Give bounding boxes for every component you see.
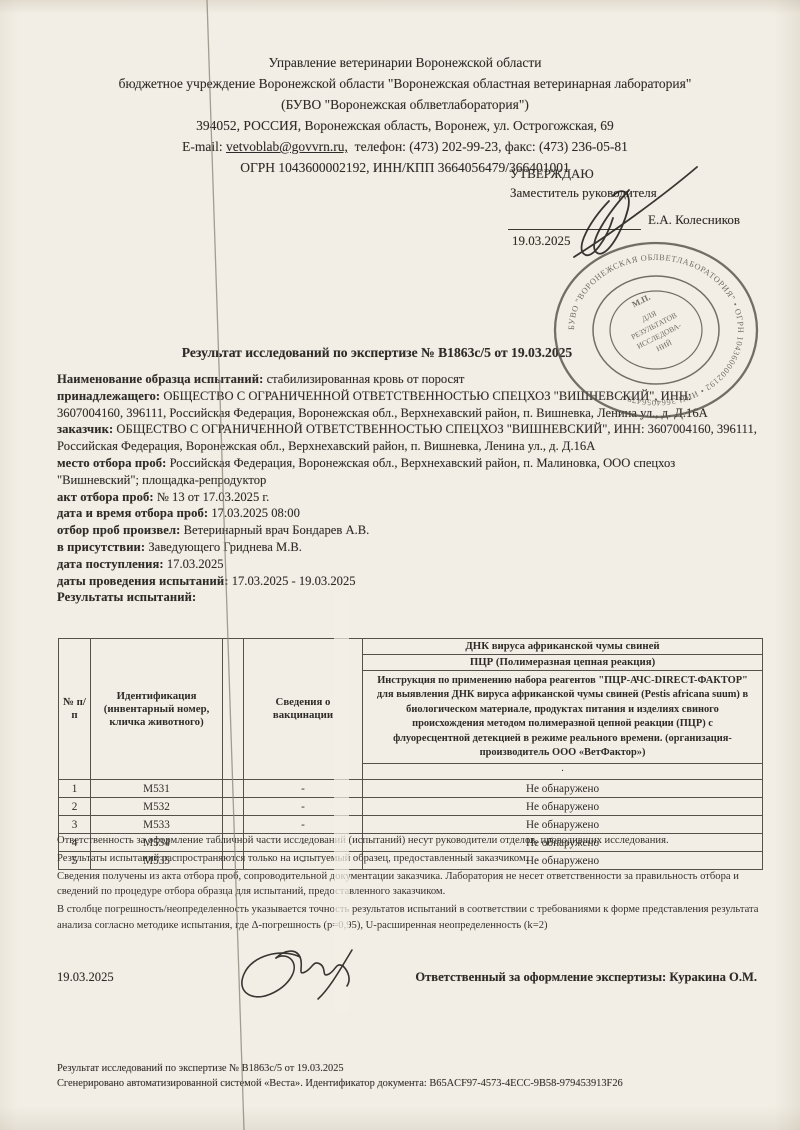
cell-num: 2	[59, 798, 91, 816]
email-label: E-mail:	[182, 139, 223, 154]
cell-vaccination: -	[244, 816, 363, 834]
responsible-signature	[242, 950, 352, 999]
approver-position: Заместитель руководителя	[510, 183, 657, 202]
detail-label: заказчик:	[57, 422, 113, 436]
cell-spacer	[223, 798, 244, 816]
detail-test-dates: даты проведения испытаний: 17.03.2025 - …	[57, 573, 757, 590]
letterhead: Управление ветеринарии Воронежской облас…	[35, 52, 775, 178]
stamp-mp: М.П.	[630, 292, 652, 310]
cell-vaccination: -	[244, 780, 363, 798]
cell-result: Не обнаружено	[363, 816, 763, 834]
footnote: Результаты испытаний распространяются то…	[57, 851, 761, 866]
document-footer: Результат исследований по экспертизе № В…	[57, 1061, 623, 1091]
col-header-submark: ·	[363, 764, 763, 780]
detail-value: 17.03.2025 08:00	[211, 506, 300, 520]
approval-block: УТВЕРЖДАЮ Заместитель руководителя	[510, 164, 657, 202]
cell-id: М532	[91, 798, 223, 816]
footnote: Сведения получены из акта отбора проб, с…	[57, 869, 761, 900]
cell-id: М533	[91, 816, 223, 834]
approve-word: УТВЕРЖДАЮ	[510, 164, 657, 183]
signoff-date: 19.03.2025	[57, 970, 114, 985]
detail-label: принадлежащего:	[57, 389, 160, 403]
detail-label: дата поступления:	[57, 557, 164, 571]
col-header-num: № п/п	[59, 639, 91, 780]
cell-vaccination: -	[244, 798, 363, 816]
table-row: 2 М532 - Не обнаружено	[59, 798, 763, 816]
scanned-lab-report-page: Управление ветеринарии Воронежской облас…	[0, 0, 800, 1130]
detail-value: № 13 от 17.03.2025 г.	[157, 490, 269, 504]
table-row: 3 М533 - Не обнаружено	[59, 816, 763, 834]
detail-value: стабилизированная кровь от поросят	[267, 372, 465, 386]
footnote: Ответственность за оформление табличной …	[57, 833, 761, 848]
detail-results-heading: Результаты испытаний:	[57, 589, 757, 606]
org-name-line3: (БУВО "Воронежская облветлаборатория")	[35, 94, 775, 115]
detail-label: в присутствии:	[57, 540, 145, 554]
detail-label: даты проведения испытаний:	[57, 574, 229, 588]
col-header-method-instruction: Инструкция по применению набора реагенто…	[363, 671, 763, 764]
cell-num: 3	[59, 816, 91, 834]
detail-witness: в присутствии: Заведующего Гриднева М.В.	[57, 539, 757, 556]
detail-received-date: дата поступления: 17.03.2025	[57, 556, 757, 573]
stamp-inner-ring	[610, 291, 702, 369]
stamp-outer-ring	[555, 243, 757, 417]
footnotes: Ответственность за оформление табличной …	[57, 833, 761, 935]
cell-result: Не обнаружено	[363, 780, 763, 798]
table-row: 1 М531 - Не обнаружено	[59, 780, 763, 798]
cell-result: Не обнаружено	[363, 798, 763, 816]
detail-label: дата и время отбора проб:	[57, 506, 208, 520]
org-name-line1: Управление ветеринарии Воронежской облас…	[35, 52, 775, 73]
col-header-spacer	[223, 639, 244, 780]
detail-value: Заведующего Гриднева М.В.	[148, 540, 302, 554]
col-header-identification: Идентификация (инвентарный номер, кличка…	[91, 639, 223, 780]
col-header-vaccination: Сведения о вакцинации	[244, 639, 363, 780]
col-header-target: ДНК вируса африканской чумы свиней	[363, 639, 763, 655]
detail-label: акт отбора проб:	[57, 490, 154, 504]
signature-rule	[508, 229, 641, 230]
table-header-row: № п/п Идентификация (инвентарный номер, …	[59, 639, 763, 655]
approver-name: Е.А. Колесников	[648, 212, 740, 228]
footnote: В столбце погрешность/неопределенность у…	[57, 902, 761, 933]
detail-sampling-place: место отбора проб: Российская Федерация,…	[57, 455, 757, 489]
detail-value: 17.03.2025 - 19.03.2025	[232, 574, 356, 588]
stamp-middle-ring	[593, 276, 719, 384]
col-header-method: ПЦР (Полимеразная цепная реакция)	[363, 655, 763, 671]
cell-spacer	[223, 816, 244, 834]
detail-value: Ветеринарный врач Бондарев А.В.	[184, 523, 370, 537]
org-name-line2: бюджетное учреждение Воронежской области…	[35, 73, 775, 94]
detail-label: отбор проб произвел:	[57, 523, 180, 537]
org-ogrn-inn: ОГРН 1043600002192, ИНН/КПП 3664056479/3…	[35, 157, 775, 178]
cell-num: 1	[59, 780, 91, 798]
org-address: 394052, РОССИЯ, Воронежская область, Вор…	[35, 115, 775, 136]
footer-expertise-line: Результат исследований по экспертизе № В…	[57, 1061, 623, 1076]
detail-value: 17.03.2025	[167, 557, 224, 571]
round-stamp: БУВО "ВОРОНЕЖСКАЯ ОБЛВЕТЛАБОРАТОРИЯ" • О…	[548, 236, 764, 424]
detail-label: место отбора проб:	[57, 456, 166, 470]
detail-value: ОБЩЕСТВО С ОГРАНИЧЕННОЙ ОТВЕТСТВЕННОСТЬЮ…	[57, 422, 757, 453]
cell-spacer	[223, 780, 244, 798]
detail-sampling-datetime: дата и время отбора проб: 17.03.2025 08:…	[57, 505, 757, 522]
detail-label: Результаты испытаний:	[57, 590, 196, 604]
detail-sampler: отбор проб произвел: Ветеринарный врач Б…	[57, 522, 757, 539]
detail-label: Наименование образца испытаний:	[57, 372, 263, 386]
responsible-person: Ответственный за оформление экспертизы: …	[415, 970, 757, 985]
stamp-center-text: М.П. ДЛЯ РЕЗУЛЬТАТОВ ИССЛЕДОВА- НИЙ	[616, 285, 688, 361]
footer-generated-line: Сгенерировано автоматизированной системо…	[57, 1076, 623, 1091]
cell-id: М531	[91, 780, 223, 798]
email-link: vetvoblab@govvrn.ru,	[226, 139, 348, 154]
detail-sampling-act: акт отбора проб: № 13 от 17.03.2025 г.	[57, 489, 757, 506]
detail-customer: заказчик: ОБЩЕСТВО С ОГРАНИЧЕННОЙ ОТВЕТС…	[57, 421, 757, 455]
org-contacts-line: E-mail: vetvoblab@govvrn.ru, телефон: (4…	[35, 136, 775, 157]
phone-fax: телефон: (473) 202-99-23, факс: (473) 23…	[355, 139, 628, 154]
